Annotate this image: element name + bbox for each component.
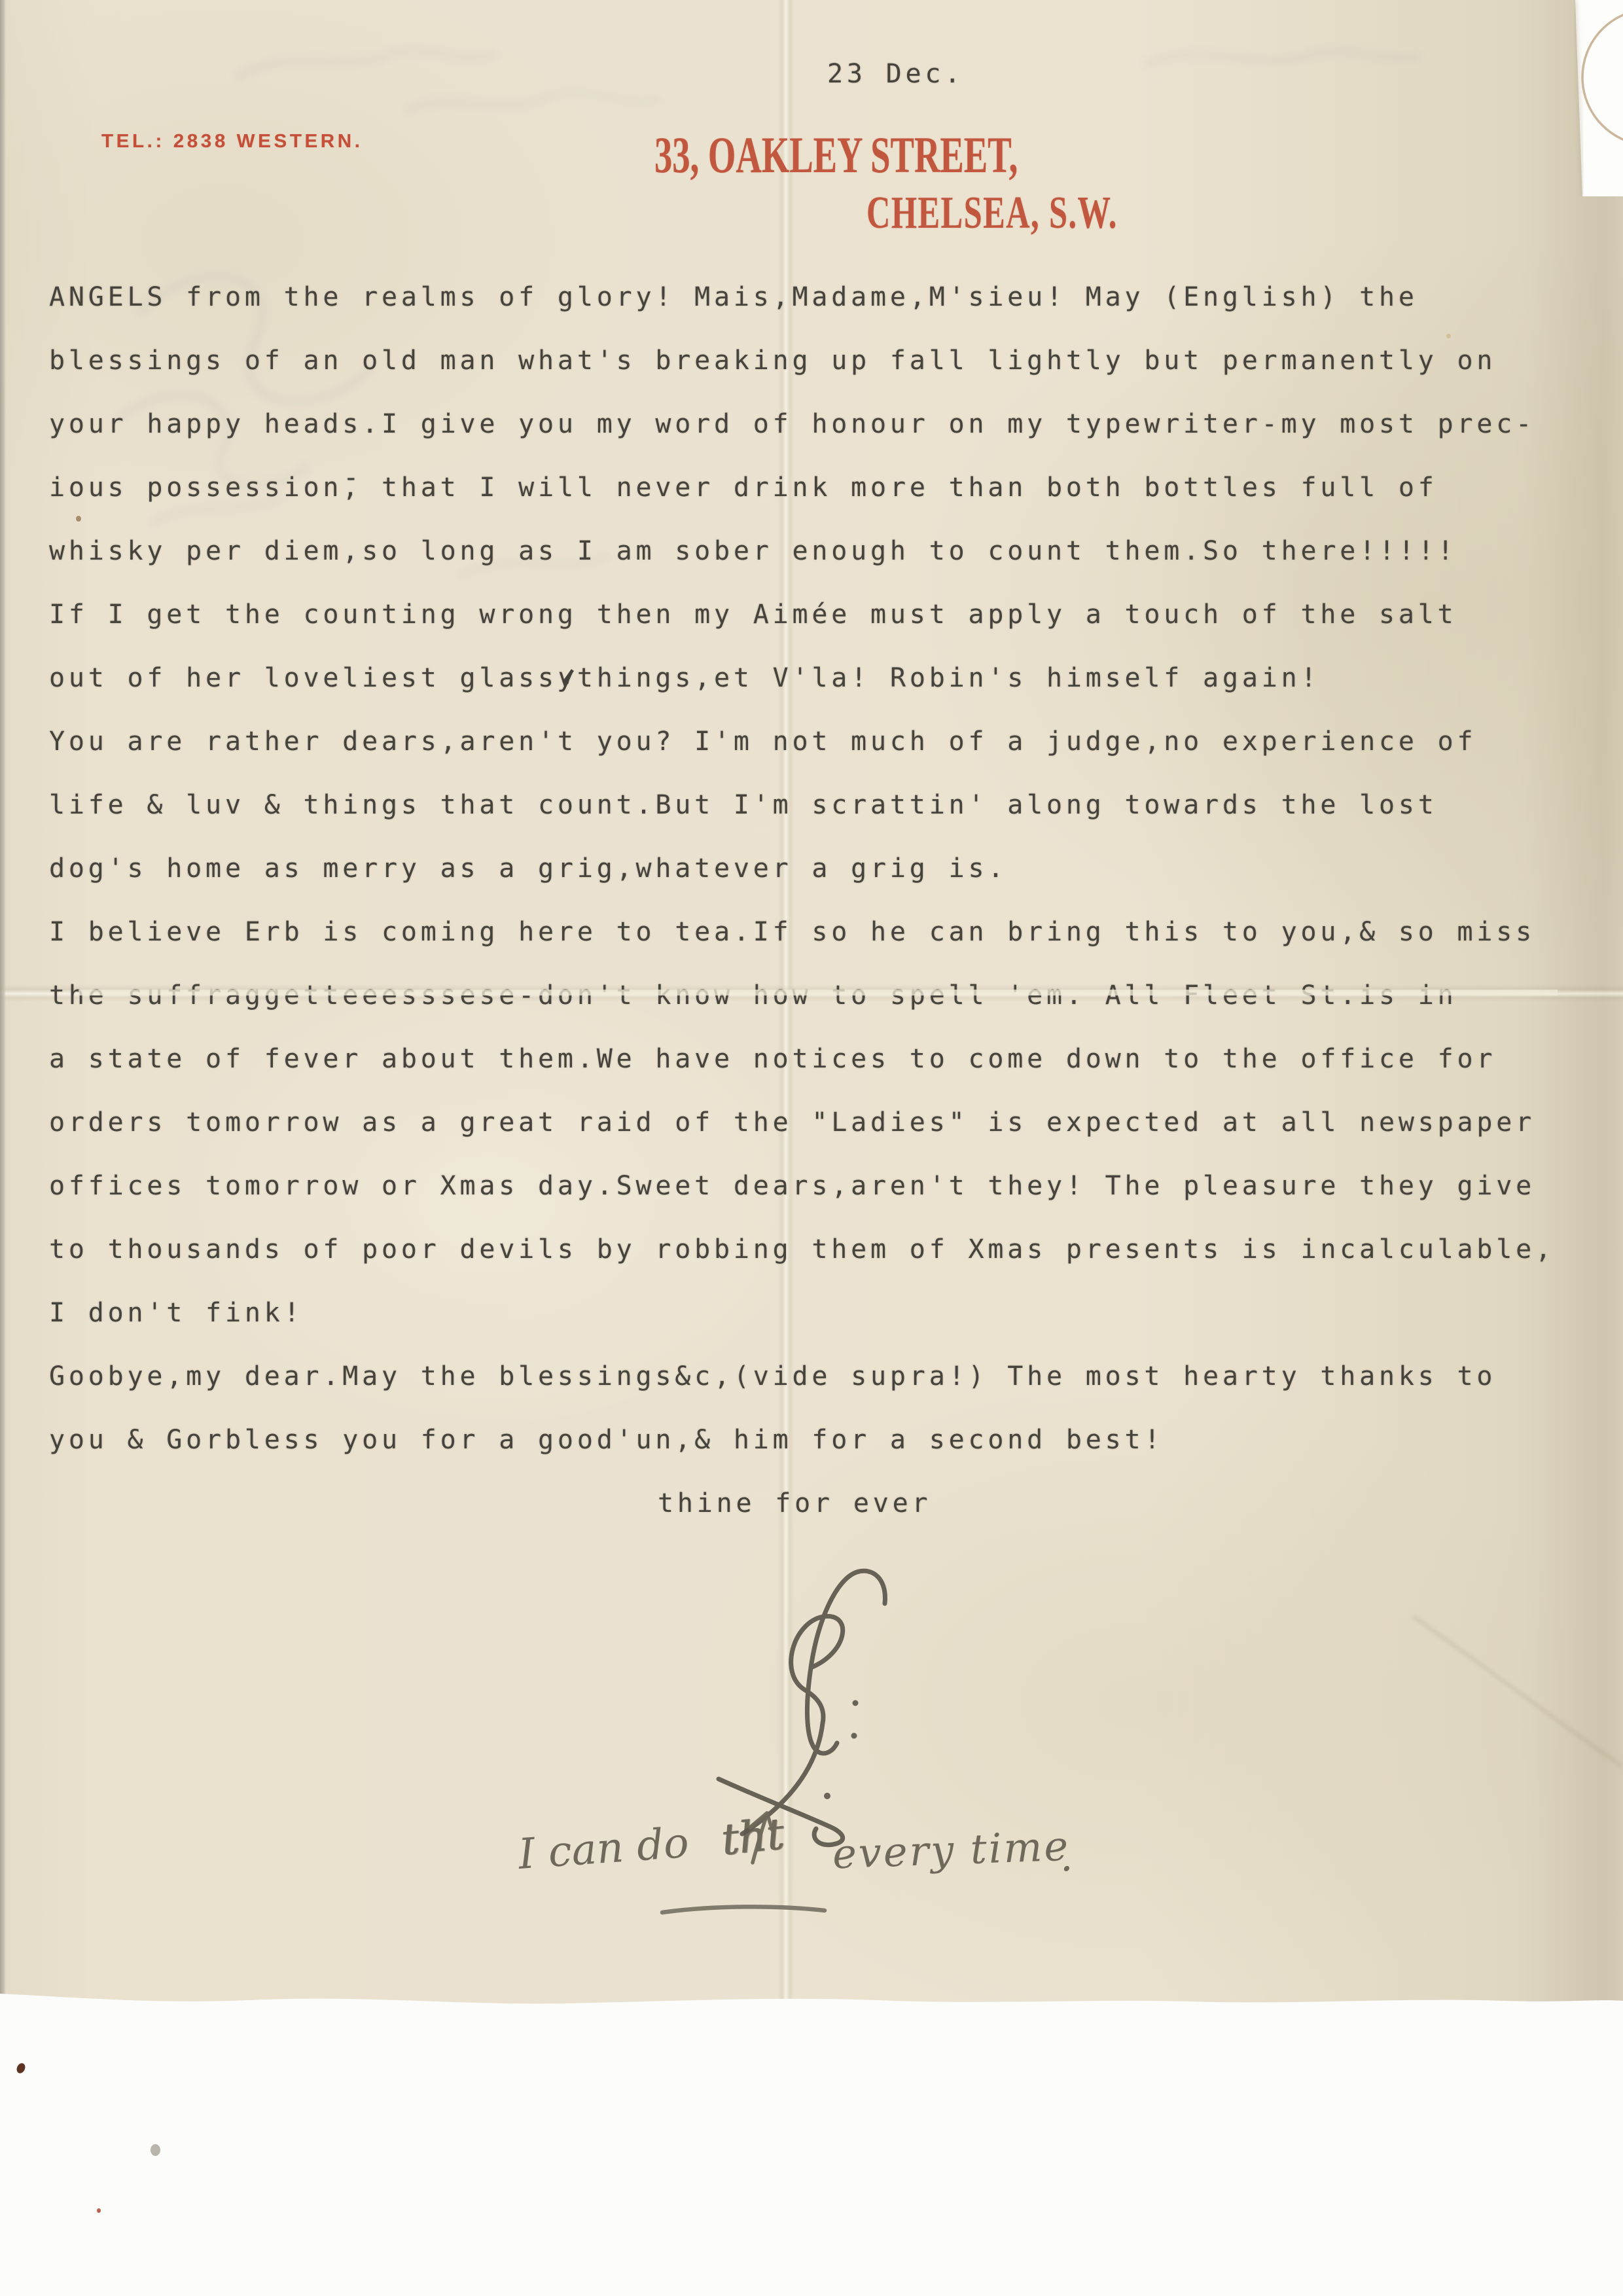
- handwriting-layer: [0, 0, 1623, 2296]
- backing-smudge: [151, 2144, 160, 2156]
- paper-speck: [76, 516, 81, 522]
- note-underline: [662, 1907, 825, 1912]
- scanned-letter-page: 23 Dec. TEL.: 2838 WESTERN. 33, OAKLEY S…: [0, 0, 1623, 2296]
- signature-icon: [719, 1571, 885, 1845]
- paper-speck: [1446, 334, 1451, 338]
- backing-red-dot: [97, 2208, 101, 2213]
